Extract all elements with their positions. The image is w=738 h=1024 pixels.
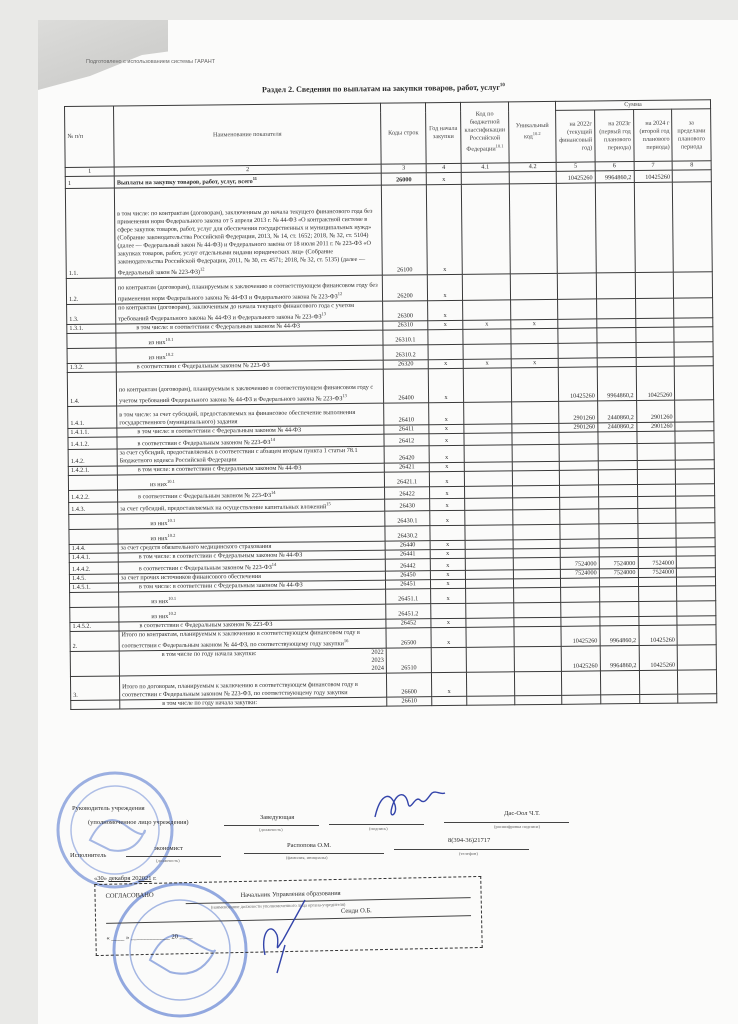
row-number xyxy=(69,514,118,530)
head-label: Руководитель учреждения xyxy=(72,805,145,812)
row-sum-2022 xyxy=(561,671,600,695)
column-number: 6 xyxy=(595,162,634,171)
row-sum-beyond xyxy=(675,460,714,469)
row-sum-2024: 7524000 xyxy=(638,556,677,568)
row-unique-code xyxy=(513,540,560,549)
row-unique-code xyxy=(515,696,562,705)
row-kbk xyxy=(464,471,512,487)
row-sum-beyond xyxy=(677,577,716,586)
row-unique-code xyxy=(512,423,559,432)
row-kbk xyxy=(465,486,513,499)
row-sum-2022 xyxy=(561,587,600,602)
row-sum-2024 xyxy=(635,272,674,298)
row-sum-2024 xyxy=(636,431,675,443)
row-start-year xyxy=(430,526,465,541)
row-sum-beyond xyxy=(677,586,716,601)
row-code: 26452 xyxy=(386,619,431,628)
row-start-year: x xyxy=(430,511,465,526)
row-start-year: x xyxy=(429,463,464,472)
row-start-year: x xyxy=(428,359,463,368)
row-code: 26000 xyxy=(381,173,426,186)
head-name: Дас-Оол Ч.Т. xyxy=(504,810,540,817)
row-sum-2024 xyxy=(638,616,677,625)
row-sum-beyond xyxy=(676,538,715,547)
row-code: 26440 xyxy=(385,541,430,550)
col-header-sum-beyond: за пределами планового периода xyxy=(672,109,711,161)
row-sum-2022 xyxy=(560,578,599,587)
row-sum-2024 xyxy=(639,695,678,704)
row-sum-2024 xyxy=(638,601,677,616)
row-kbk xyxy=(466,647,514,673)
row-kbk xyxy=(462,274,510,301)
row-kbk xyxy=(464,433,512,446)
row-code: 26412 xyxy=(384,434,429,447)
row-sum-2023 xyxy=(598,432,637,444)
row-number: 1.4.4.2. xyxy=(69,562,118,575)
row-code: 26320 xyxy=(383,360,428,369)
row-kbk xyxy=(466,672,514,697)
row-unique-code xyxy=(513,486,560,499)
approve-label: СОГЛАСОВАНО xyxy=(105,892,153,900)
row-code: 26310 xyxy=(383,321,428,330)
approve-date: « ____ » ____________ 20 ____ xyxy=(106,933,192,942)
row-sum-2022 xyxy=(560,497,599,509)
row-start-year: x xyxy=(430,580,465,589)
row-sum-beyond xyxy=(673,182,713,272)
table-row: 1.1.в том числе: по контрактам (договора… xyxy=(65,182,712,279)
row-sum-beyond xyxy=(676,484,715,496)
row-start-year: x xyxy=(430,550,465,559)
head-signature-icon xyxy=(370,785,450,825)
row-sum-2023: 7524000 xyxy=(599,557,638,569)
row-start-year: x xyxy=(429,424,464,433)
row-code: 26451.2 xyxy=(386,604,431,619)
row-sum-beyond xyxy=(674,357,713,366)
row-sum-2022 xyxy=(560,539,599,548)
row-kbk xyxy=(466,603,514,619)
row-name: по контрактам (договорам), планируемым к… xyxy=(116,369,383,406)
row-sum-beyond xyxy=(677,616,716,625)
row-sum-beyond xyxy=(675,400,714,422)
row-code: 26100 xyxy=(381,185,427,275)
row-sum-2022: 10425260 xyxy=(556,171,595,183)
row-sum-beyond xyxy=(675,443,714,460)
row-unique-code xyxy=(512,445,559,462)
payments-table-container: № п/п Наименование показателя Коды строк… xyxy=(64,99,717,710)
row-sum-2023 xyxy=(595,183,635,273)
row-sum-2022: 7524000 xyxy=(560,557,599,569)
row-name: по контрактам (договорам), заключенным д… xyxy=(116,301,383,324)
row-number xyxy=(69,529,118,545)
row-sum-beyond xyxy=(674,298,713,318)
row-number: 1 xyxy=(65,176,114,189)
row-unique-code xyxy=(511,367,558,401)
row-code: 26422 xyxy=(385,487,430,500)
row-code: 26421.1 xyxy=(384,472,429,487)
row-code: 26451.1 xyxy=(386,589,431,604)
row-sum-2022 xyxy=(560,524,599,539)
row-kbk xyxy=(466,588,514,604)
row-kbk xyxy=(465,498,513,511)
row-sum-2024: 10425260 xyxy=(639,646,678,671)
row-sum-2023 xyxy=(596,299,635,319)
row-sum-2024 xyxy=(638,577,677,586)
row-sum-2022: 2901260 xyxy=(559,401,598,423)
row-unique-code xyxy=(511,299,558,320)
row-start-year: x xyxy=(431,628,466,648)
row-kbk xyxy=(463,344,511,360)
row-sum-beyond xyxy=(676,547,715,556)
row-sum-2023: 7524000 xyxy=(599,569,638,578)
row-kbk xyxy=(461,184,510,274)
row-start-year: x xyxy=(429,472,464,487)
row-code: 26441 xyxy=(385,550,430,559)
row-sum-2023 xyxy=(600,671,639,695)
row-sum-2022 xyxy=(558,328,597,343)
row-unique-code xyxy=(513,549,560,558)
row-number: 3. xyxy=(70,676,119,701)
head-label-sub: (уполномоченное лицо учреждения) xyxy=(88,819,189,826)
row-sum-2024 xyxy=(638,547,677,556)
row-number xyxy=(67,348,116,364)
row-kbk xyxy=(464,424,512,434)
row-number: 2. xyxy=(70,631,119,652)
row-unique-code xyxy=(512,471,559,486)
row-name: Итого по контрактам, планируемым к заклю… xyxy=(119,629,386,652)
row-number xyxy=(68,475,117,491)
row-sum-2024 xyxy=(638,538,677,547)
row-sum-2023: 9964860,2 xyxy=(600,646,639,671)
row-code: 26500 xyxy=(386,628,431,649)
row-kbk xyxy=(464,445,512,463)
row-sum-2023 xyxy=(598,461,637,470)
row-start-year xyxy=(431,648,466,673)
row-sum-beyond xyxy=(676,508,715,523)
row-sum-2023 xyxy=(598,497,637,509)
row-sum-beyond xyxy=(675,422,714,431)
col-header-sum-2022: на 2022г (текущий финансовый год) xyxy=(556,110,595,162)
row-sum-beyond xyxy=(675,431,714,443)
row-kbk xyxy=(465,525,513,541)
row-sum-2022: 10425260 xyxy=(558,367,597,401)
row-code: 26310.2 xyxy=(383,345,428,360)
row-sum-2023: 9964860,2 xyxy=(597,367,636,401)
row-sum-2022: 7524000 xyxy=(560,569,599,578)
payments-table-body: 1Выплаты на закупку товаров, работ, услу… xyxy=(65,170,717,710)
garant-note: Подготовлено с использованием системы ГА… xyxy=(86,59,215,65)
row-start-year: x xyxy=(428,368,463,402)
row-code: 26442 xyxy=(385,559,430,572)
executor-position: экономист xyxy=(154,845,183,852)
row-kbk xyxy=(461,172,509,185)
row-sum-2024 xyxy=(637,460,676,469)
row-sum-beyond xyxy=(677,568,716,577)
row-sum-2023: 2440860,2 xyxy=(598,423,637,432)
row-number: 1.1. xyxy=(65,188,115,279)
row-number xyxy=(71,700,120,710)
row-sum-2024 xyxy=(637,443,676,460)
row-sum-2024 xyxy=(637,496,676,508)
row-number: 1.4.3. xyxy=(69,502,118,515)
row-sum-2024 xyxy=(637,508,676,523)
row-unique-code xyxy=(510,273,557,299)
row-sum-2023 xyxy=(599,509,638,524)
row-start-year: x xyxy=(426,184,462,274)
row-start-year: x xyxy=(431,673,466,697)
row-name: в том числе: по контрактам (договорам), … xyxy=(114,185,382,278)
row-sum-2024: 2901260 xyxy=(636,400,675,422)
row-start-year xyxy=(431,604,466,619)
row-sum-beyond xyxy=(674,327,713,342)
row-sum-2022 xyxy=(562,695,601,704)
row-sum-2023 xyxy=(599,548,638,557)
row-sum-2024 xyxy=(636,357,675,366)
row-code: 26410 xyxy=(384,403,429,425)
row-sum-beyond xyxy=(674,318,713,327)
row-code: 26451 xyxy=(385,580,430,589)
row-start-year: x xyxy=(430,541,465,550)
row-number: 1.4.1.2. xyxy=(68,437,117,450)
row-sum-beyond xyxy=(675,366,714,400)
row-sum-beyond xyxy=(677,601,716,616)
executor-name: Распопова О.М. xyxy=(287,842,331,849)
column-number: 4 xyxy=(426,163,461,172)
row-unique-code xyxy=(509,183,557,273)
row-kbk xyxy=(463,368,511,403)
row-unique-code xyxy=(514,603,561,618)
row-number: 1.2. xyxy=(66,278,115,305)
row-start-year: x xyxy=(429,446,464,463)
row-start-year: x xyxy=(429,402,464,424)
row-sum-2022 xyxy=(559,432,598,444)
row-sum-2022 xyxy=(559,470,598,485)
col-header-sum-2023: на 2023г (первый год планового периода) xyxy=(594,110,633,162)
row-sum-2022 xyxy=(559,444,598,461)
row-sum-2023 xyxy=(598,444,637,461)
row-unique-code xyxy=(512,462,559,471)
row-sum-beyond xyxy=(672,170,711,182)
row-code: 26200 xyxy=(382,275,427,301)
row-start-year: x xyxy=(430,499,465,511)
row-sum-2024 xyxy=(638,586,677,601)
row-start-year: x xyxy=(430,487,465,499)
row-sum-2024 xyxy=(639,671,678,695)
row-sum-2024: 7524000 xyxy=(638,568,677,577)
row-sum-2022 xyxy=(561,602,600,617)
col-header-code: Коды строк xyxy=(380,103,426,164)
row-sum-2024 xyxy=(635,298,674,318)
row-code: 26420 xyxy=(384,446,429,463)
row-sum-2023 xyxy=(597,328,636,343)
column-number: 8 xyxy=(672,161,711,170)
row-kbk xyxy=(463,329,511,345)
row-unique-code xyxy=(514,627,561,648)
row-sum-2022 xyxy=(560,548,599,557)
row-sum-2023 xyxy=(597,319,636,328)
row-sum-beyond xyxy=(678,694,717,703)
row-sum-beyond xyxy=(677,625,716,645)
row-start-year xyxy=(432,697,467,706)
col-header-year: Год начала закупки xyxy=(425,102,461,163)
row-kbk xyxy=(464,402,512,425)
row-sum-2023 xyxy=(600,617,639,626)
row-sum-2022 xyxy=(557,273,596,299)
row-unique-code xyxy=(513,525,560,540)
row-sum-2022 xyxy=(560,509,599,524)
row-name: Итого по договорам, планируемым к заключ… xyxy=(119,674,386,701)
row-kbk xyxy=(466,627,514,648)
row-code: 26450 xyxy=(385,571,430,580)
row-number xyxy=(70,607,119,623)
row-start-year xyxy=(428,344,463,359)
row-code: 26400 xyxy=(383,369,428,403)
row-number: 1.4.2. xyxy=(68,449,117,467)
row-sum-2022 xyxy=(560,485,599,497)
row-number xyxy=(70,592,119,608)
row-sum-2023 xyxy=(598,470,637,485)
row-sum-beyond xyxy=(677,556,716,568)
row-kbk xyxy=(465,558,513,571)
row-number: 1.3. xyxy=(67,304,116,325)
row-code: 26421 xyxy=(384,463,429,472)
row-code: 26610 xyxy=(387,697,432,706)
row-name: 202220232024в том числе по году начала з… xyxy=(119,649,386,677)
row-sum-2024 xyxy=(636,342,675,357)
row-start-year: x xyxy=(431,589,466,604)
col-header-sum-2024: на 2024 г (второй год планового периода) xyxy=(633,109,672,161)
row-sum-beyond xyxy=(674,342,713,357)
signing-date: «30» декабря 202021 г. xyxy=(94,875,157,882)
row-start-year: x xyxy=(431,619,466,628)
row-sum-2023 xyxy=(600,695,639,704)
row-sum-beyond xyxy=(674,272,713,298)
row-sum-2024 xyxy=(637,469,676,484)
row-sum-2024 xyxy=(637,484,676,496)
row-unique-code xyxy=(511,343,558,358)
row-sum-2024: 10425260 xyxy=(636,366,675,400)
row-unique-code xyxy=(514,588,561,603)
row-unique-code xyxy=(512,401,559,423)
row-sum-2023 xyxy=(599,539,638,548)
row-sum-beyond xyxy=(677,645,716,670)
row-sum-2023 xyxy=(597,343,636,358)
col-header-unique-code: Уникальный код10.2 xyxy=(508,101,556,162)
row-sum-2023 xyxy=(599,578,638,587)
row-kbk xyxy=(463,300,511,321)
row-code: 26600 xyxy=(386,673,431,697)
row-start-year: x xyxy=(429,433,464,445)
row-code: 26300 xyxy=(383,301,428,322)
row-sum-2022: 10425260 xyxy=(561,646,600,671)
row-unique-code xyxy=(514,672,561,696)
approve-name: Сенди О.Б. xyxy=(341,907,372,915)
payments-table: № п/п Наименование показателя Коды строк… xyxy=(64,99,717,710)
row-sum-2022 xyxy=(561,617,600,626)
row-sum-2024 xyxy=(634,182,674,272)
head-position: Заведующая xyxy=(260,814,294,821)
column-number: 4.2 xyxy=(509,162,556,171)
row-unique-code xyxy=(513,558,560,571)
row-sum-2022 xyxy=(558,358,597,367)
row-sum-2023 xyxy=(599,524,638,539)
row-sum-2022 xyxy=(559,461,598,470)
row-sum-2023 xyxy=(597,358,636,367)
col-header-name: Наименование показателя xyxy=(114,103,382,167)
row-sum-2022 xyxy=(558,343,597,358)
row-unique-code xyxy=(509,171,556,184)
row-sum-2022 xyxy=(558,319,597,328)
row-start-year: x xyxy=(430,571,465,580)
row-sum-2023 xyxy=(598,485,637,497)
row-sum-2022 xyxy=(558,299,597,319)
col-header-num: № п/п xyxy=(65,106,115,168)
row-kbk xyxy=(465,510,513,526)
row-sum-beyond xyxy=(676,496,715,508)
row-unique-code xyxy=(513,498,560,511)
row-start-year xyxy=(428,329,463,344)
row-sum-2023: 2440860,2 xyxy=(597,401,636,423)
executor-phone: 8(394-36)21717 xyxy=(448,837,490,844)
column-number: 5 xyxy=(556,162,595,171)
row-sum-2023: 9964860,2 xyxy=(600,626,639,646)
row-number: 1.4.1. xyxy=(68,406,117,429)
organization-stamp-icon xyxy=(55,770,175,890)
column-number: 3 xyxy=(381,164,426,173)
row-sum-2022 xyxy=(556,183,596,273)
row-sum-beyond xyxy=(676,469,715,484)
column-number: 4.1 xyxy=(461,163,509,173)
row-unique-code xyxy=(512,432,559,445)
row-start-year: x xyxy=(428,320,463,329)
row-number: 1.4.2.2. xyxy=(69,490,118,503)
row-sum-2024: 2901260 xyxy=(636,422,675,431)
executor-label: Исполнитель xyxy=(70,852,106,859)
page-fold-shadow xyxy=(38,20,168,90)
column-number: 7 xyxy=(634,161,673,170)
row-sum-2023 xyxy=(599,602,638,617)
row-sum-beyond xyxy=(676,523,715,538)
row-kbk xyxy=(467,696,515,706)
row-code: 26430.2 xyxy=(385,526,430,541)
row-code: 26411 xyxy=(384,425,429,434)
row-unique-code xyxy=(514,647,561,672)
row-start-year: x xyxy=(427,274,462,300)
row-sum-2024 xyxy=(635,327,674,342)
row-sum-2022: 2901260 xyxy=(559,423,598,432)
row-code: 26430 xyxy=(385,499,430,512)
row-sum-2023: 9964860,2 xyxy=(595,171,634,183)
row-sum-2022: 10425260 xyxy=(561,626,600,646)
row-number: 1.4. xyxy=(67,372,116,407)
row-sum-2024 xyxy=(635,318,674,327)
row-unique-code xyxy=(513,510,560,525)
row-number xyxy=(67,333,116,349)
row-code: 26310.1 xyxy=(383,330,428,345)
col-header-kbk: Код по бюджетной классификации Российско… xyxy=(460,102,509,163)
row-sum-2024: 10425260 xyxy=(638,625,677,645)
row-code: 26510 xyxy=(386,648,431,673)
row-start-year: x xyxy=(430,559,465,571)
row-number xyxy=(70,651,119,677)
row-unique-code xyxy=(511,328,558,343)
approver-signature-icon xyxy=(255,895,315,975)
start-years: 202220232024 xyxy=(371,649,384,673)
row-name: по контрактам (договорам), планируемым к… xyxy=(115,275,382,304)
row-sum-2023 xyxy=(599,587,638,602)
row-sum-2024: 10425260 xyxy=(634,170,673,182)
row-sum-beyond xyxy=(678,670,717,694)
row-sum-2023 xyxy=(596,273,635,299)
